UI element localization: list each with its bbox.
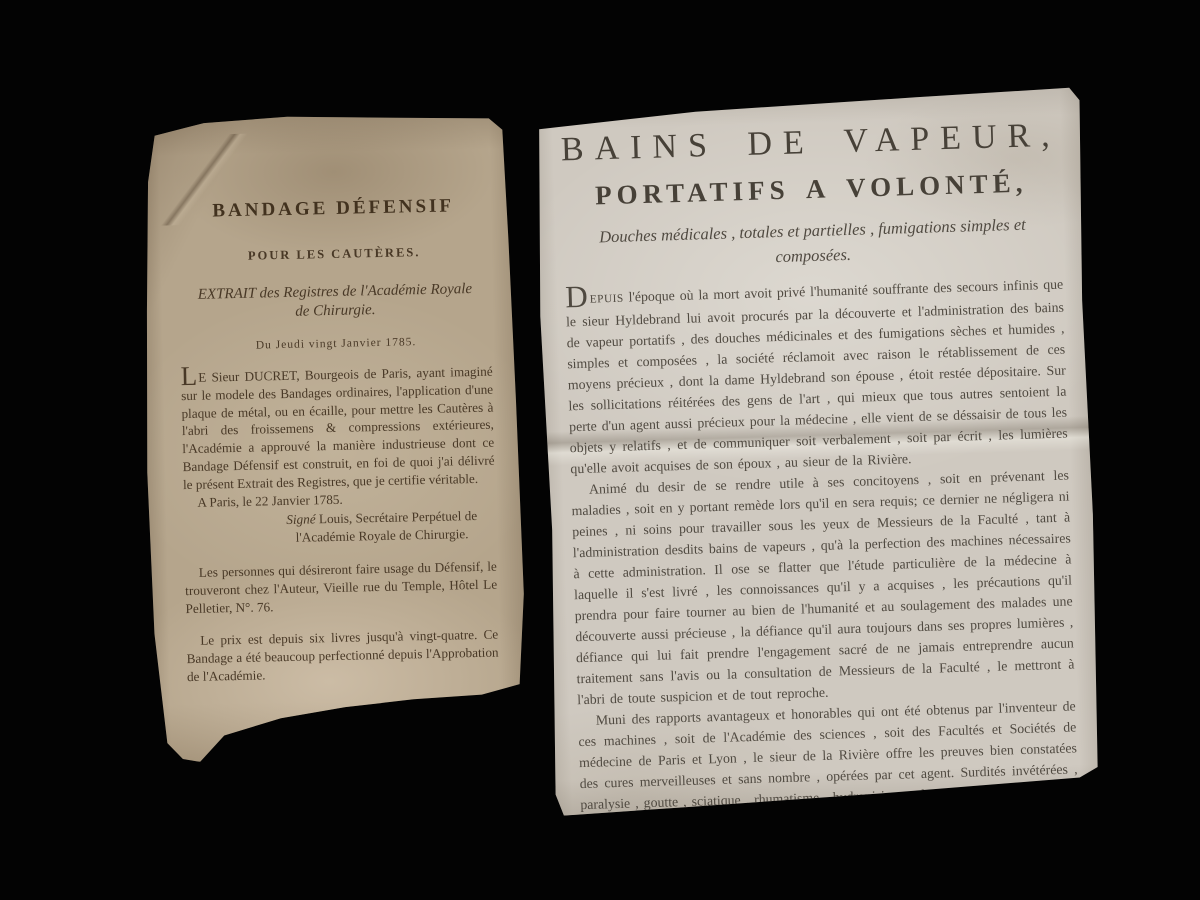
signature-line2: l'Académie Royale de Chirurgie. bbox=[296, 526, 469, 545]
left-document-subtitle: POUR LES CAUTÈRES. bbox=[178, 244, 490, 266]
right-document-title-line1: BAINS DE VAPEUR, bbox=[560, 117, 1059, 170]
left-document-content: BANDAGE DÉFENSIF POUR LES CAUTÈRES. EXTR… bbox=[177, 195, 499, 686]
price-paragraph: Le prix est depuis six livres jusqu'à vi… bbox=[186, 626, 499, 686]
right-lede-paragraph: DEPUIS l'époque où la mort avoit privé l… bbox=[565, 272, 1069, 480]
session-date-line: Du Jeudi vingt Janvier 1785. bbox=[180, 335, 492, 354]
right-document: BAINS DE VAPEUR, PORTATIFS A VOLONTÉ, Do… bbox=[530, 86, 1103, 816]
left-document: BANDAGE DÉFENSIF POUR LES CAUTÈRES. EXTR… bbox=[135, 110, 528, 763]
right-document-subtitle: Douches médicales , totales et partielle… bbox=[563, 211, 1062, 276]
signature-line1: Louis, Secrétaire Perpétuel de bbox=[315, 508, 477, 526]
lede-text: E Sieur DUCRET, Bourgeois de Paris, ayan… bbox=[181, 364, 495, 492]
left-lede-paragraph: LE Sieur DUCRET, Bourgeois de Paris, aya… bbox=[180, 360, 495, 494]
third-paragraph: Muni des rapports avantageux et honorabl… bbox=[578, 695, 1080, 836]
usage-paragraph: Les personnes qui désireront faire usage… bbox=[185, 558, 498, 618]
photo-background: BANDAGE DÉFENSIF POUR LES CAUTÈRES. EXTR… bbox=[0, 0, 1200, 900]
signature-prefix: Signé bbox=[286, 512, 316, 528]
register-heading: EXTRAIT des Registres de l'Académie Roya… bbox=[179, 280, 492, 325]
lede-text: l'époque où la mort avoit privé l'humani… bbox=[566, 277, 1068, 477]
right-document-content: BAINS DE VAPEUR, PORTATIFS A VOLONTÉ, Do… bbox=[560, 117, 1079, 836]
second-paragraph: Animé du desir de se rendre utile à ses … bbox=[571, 465, 1076, 711]
signature-block: Signé Louis, Secrétaire Perpétuel de l'A… bbox=[268, 507, 497, 547]
right-document-title-line2: PORTATIFS A VOLONTÉ, bbox=[562, 167, 1061, 213]
lede-small-caps: EPUIS bbox=[590, 293, 624, 306]
drop-cap-initial: D bbox=[565, 279, 588, 315]
drop-cap-initial: L bbox=[180, 361, 197, 391]
